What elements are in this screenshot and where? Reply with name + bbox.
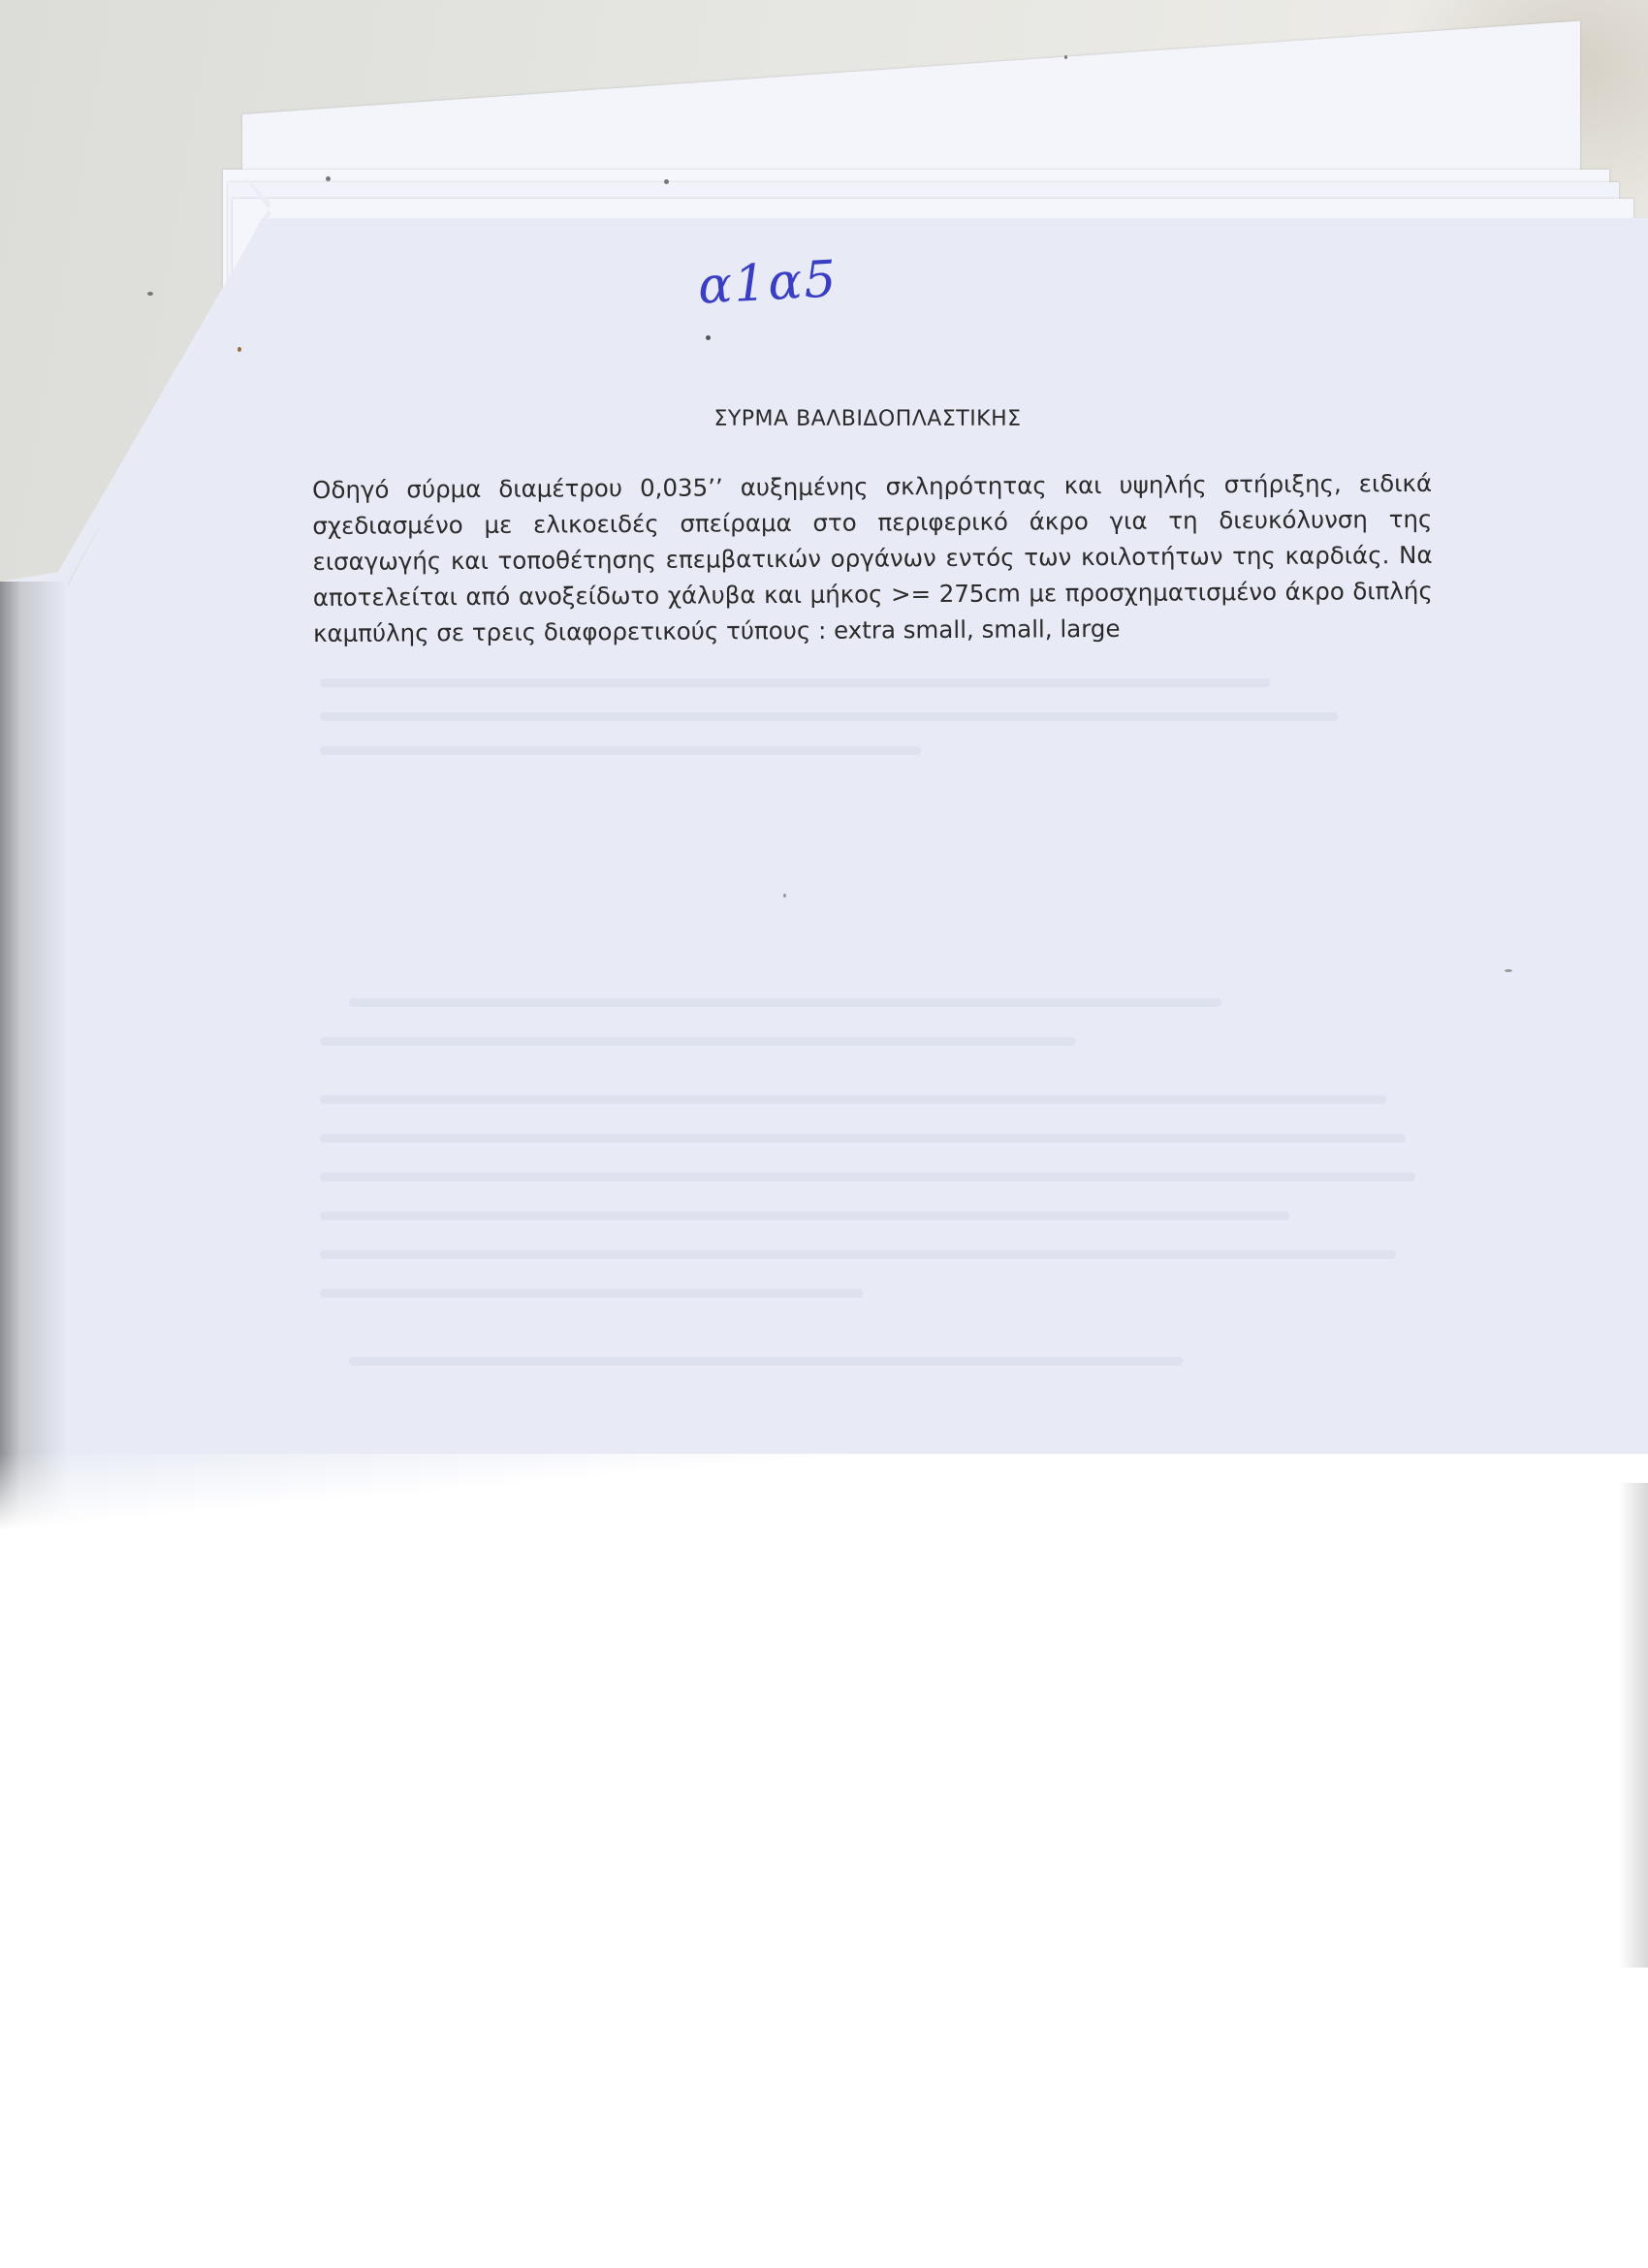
pen-mark (706, 335, 711, 340)
dust-speck (147, 292, 153, 296)
dust-speck (1505, 969, 1512, 972)
show-through-text (320, 1095, 1386, 1104)
show-through-text (320, 746, 921, 755)
document-body: Οδηγό σύρμα διαμέτρου 0,035’’ αυξημένης … (312, 465, 1433, 651)
scan-glare (0, 1454, 1648, 2268)
show-through-text (320, 1037, 1076, 1046)
show-through-text (349, 1357, 1183, 1366)
show-through-text (320, 1134, 1406, 1143)
specification-paragraph: Οδηγό σύρμα διαμέτρου 0,035’’ αυξημένης … (312, 465, 1433, 651)
show-through-text (320, 712, 1338, 721)
dust-speck (326, 176, 331, 181)
show-through-text (320, 678, 1270, 687)
document-title: ΣΥΡΜΑ ΒΑΛΒΙΔΟΠΛΑΣΤΙΚΗΣ (0, 407, 1648, 431)
page-edge-shadow (1619, 1483, 1648, 1968)
show-through-text (320, 1212, 1289, 1220)
dust-speck (783, 894, 786, 898)
show-through-text (320, 1289, 863, 1298)
handwritten-reference-code: α1α5 (697, 250, 840, 315)
show-through-text (320, 1173, 1415, 1181)
show-through-text (349, 998, 1221, 1007)
dust-speck (664, 179, 669, 184)
show-through-text (320, 1250, 1396, 1259)
dust-speck (1064, 55, 1067, 59)
page-edge-shadow (0, 582, 68, 1551)
dust-speck (238, 347, 241, 352)
